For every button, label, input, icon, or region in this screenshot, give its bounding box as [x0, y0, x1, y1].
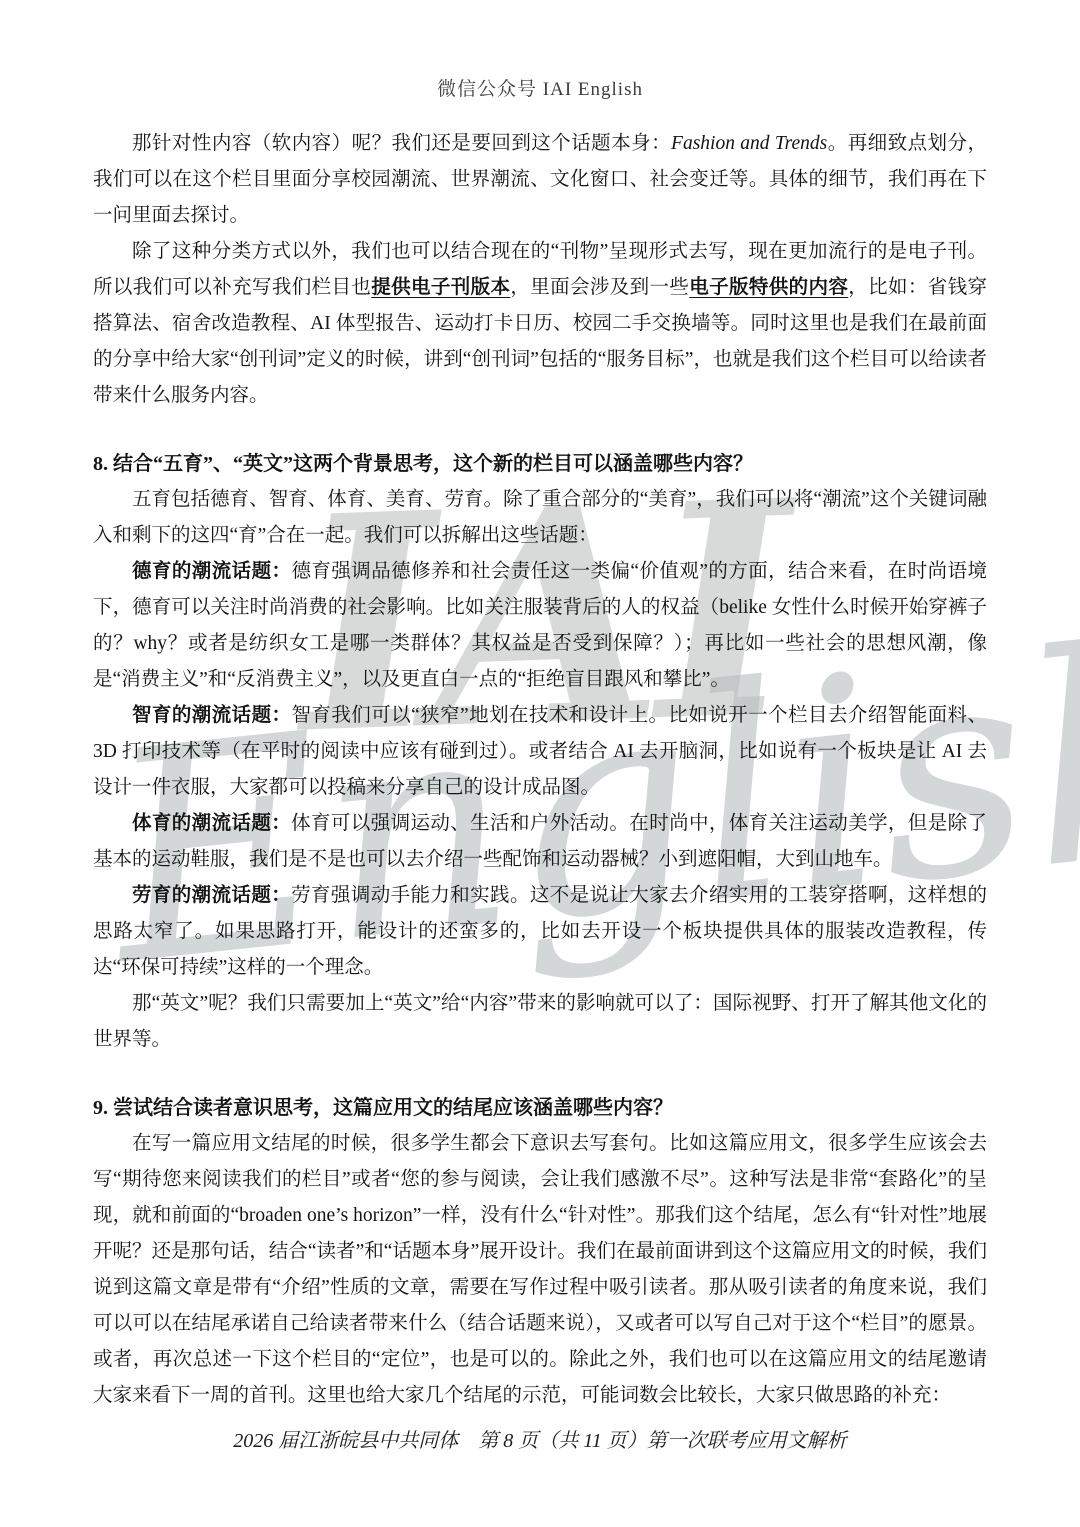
paragraph-five-edu-intro: 五育包括德育、智育、体育、美育、劳育。除了重合部分的“美育”，我们可以将“潮流”… [93, 482, 987, 554]
topic-lead-labor: 劳育的潮流话题： [132, 885, 291, 906]
paragraph-topic-intellectual: 智育的潮流话题：智育我们可以“狭窄”地划在技术和设计上。比如说开一个栏目去介绍智… [93, 698, 987, 806]
italic-topic-phrase: Fashion and Trends [671, 133, 827, 154]
paragraph-topic-physical: 体育的潮流话题：体育可以强调运动、生活和户外活动。在时尚中，体育关注运动美学，但… [93, 806, 987, 878]
question-9-heading: 9. 尝试结合读者意识思考，这篇应用文的结尾应该涵盖哪些内容？ [93, 1090, 987, 1126]
topic-lead-intellectual: 智育的潮流话题： [132, 705, 291, 726]
topic-lead-physical: 体育的潮流话题： [132, 813, 291, 834]
paragraph-soft-content: 那针对性内容（软内容）呢？我们还是要回到这个话题本身：Fashion and T… [93, 126, 987, 234]
document-body: 那针对性内容（软内容）呢？我们还是要回到这个话题本身：Fashion and T… [93, 126, 987, 1414]
bold-underline-ezine-version: 提供电子刊版本 [371, 277, 510, 298]
page-footer: 2026 届江浙皖县中共同体 第 8 页（共 11 页）第一次联考应用文解析 [0, 1424, 1080, 1453]
bold-underline-exclusive-content: 电子版特供的内容 [689, 277, 848, 298]
document-page: IAI English 微信公众号 IAI English 那针对性内容（软内容… [0, 0, 1080, 1527]
paragraph-ezine-seg2: ，里面会涉及到一些 [510, 277, 689, 298]
question-8-heading: 8. 结合“五育”、“英文”这两个背景思考，这个新的栏目可以涵盖哪些内容？ [93, 446, 987, 482]
paragraph-topic-moral: 德育的潮流话题：德育强调品德修养和社会责任这一类偏“价值观”的方面，结合来看，在… [93, 554, 987, 698]
page-header: 微信公众号 IAI English [0, 74, 1080, 101]
paragraph-ending-advice: 在写一篇应用文结尾的时候，很多学生都会下意识去写套句。比如这篇应用文，很多学生应… [93, 1126, 987, 1414]
paragraph-soft-content-pre: 那针对性内容（软内容）呢？我们还是要回到这个话题本身： [132, 133, 671, 154]
paragraph-topic-labor: 劳育的潮流话题：劳育强调动手能力和实践。这不是说让大家去介绍实用的工装穿搭啊，这… [93, 878, 987, 986]
paragraph-english-angle: 那“英文”呢？我们只需要加上“英文”给“内容”带来的影响就可以了：国际视野、打开… [93, 986, 987, 1058]
paragraph-ezine: 除了这种分类方式以外，我们也可以结合现在的“刊物”呈现形式去写，现在更加流行的是… [93, 234, 987, 414]
topic-lead-moral: 德育的潮流话题： [132, 561, 291, 582]
